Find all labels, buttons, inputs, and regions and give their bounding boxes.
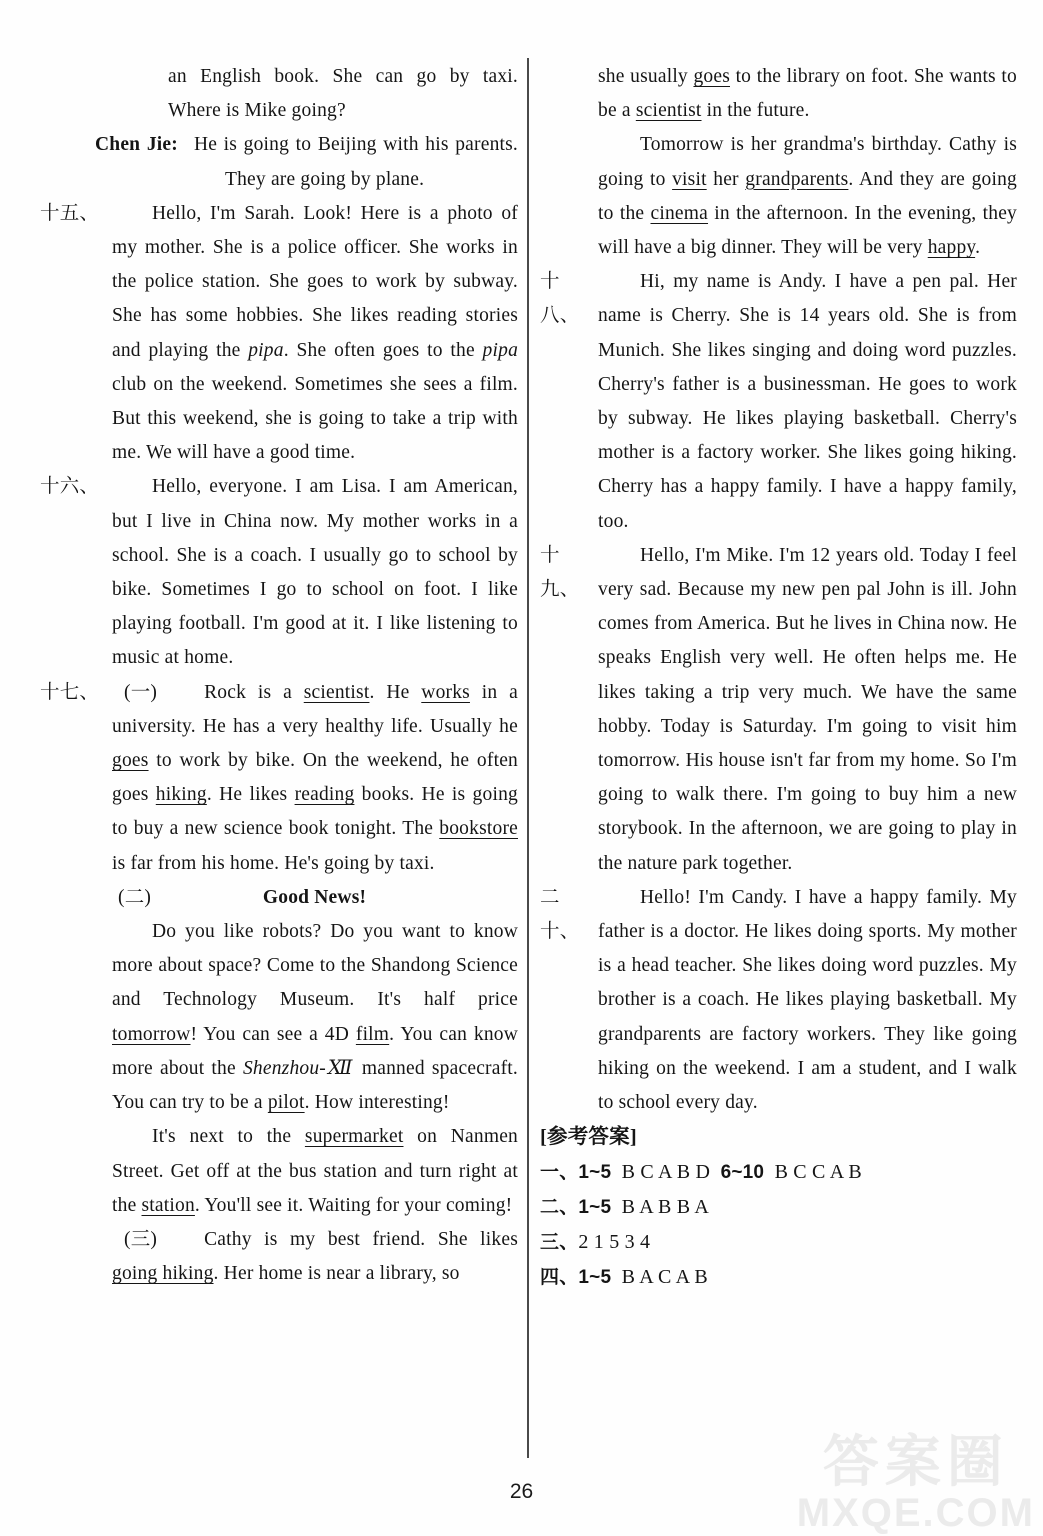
bold-text: 1~5 — [578, 1162, 611, 1183]
speaker-name: Chen Jie: — [95, 134, 178, 155]
paragraph: Tomorrow is her grandma's birthday. Cath… — [598, 128, 1017, 265]
passage-title: Good News! — [151, 881, 478, 915]
answer-line: 二、1~5 B A B B A — [540, 1190, 1017, 1225]
bold-text: 6~10 — [721, 1162, 765, 1183]
section-block: 二十、Hello! I'm Candy. I have a happy fami… — [540, 881, 1017, 1120]
text-run: . — [975, 237, 980, 258]
bold-text: 三、 — [540, 1232, 578, 1253]
bold-text: 1~5 — [578, 1197, 611, 1218]
text-run: B C C A B — [764, 1161, 862, 1183]
bold-text: 二、 — [540, 1197, 578, 1218]
text-run: It's next to the — [152, 1126, 305, 1147]
answer-line: 四、1~5 B A C A B — [540, 1260, 1017, 1295]
section-body: Hello, I'm Mike. I'm 12 years old. Today… — [598, 539, 1017, 881]
subtitle-block: (二)Good News! — [40, 881, 518, 915]
underlined-text: works — [421, 682, 470, 703]
text-run: . He — [369, 682, 421, 703]
text-run: . You'll see it. Waiting for your coming… — [195, 1195, 512, 1216]
section-body: (三)Cathy is my best friend. She likes go… — [112, 1223, 518, 1291]
paragraph: Do you like robots? Do you want to know … — [112, 915, 518, 1120]
section-label: 十九、 — [540, 539, 598, 881]
section-label: 十五、 — [40, 197, 112, 471]
text-run: Hello! I'm Candy. I have a happy family.… — [598, 887, 1017, 1113]
text-run: Do you like robots? Do you want to know … — [112, 921, 518, 1010]
underlined-text: scientist — [304, 682, 370, 703]
text-run: Cathy is my best friend. She likes — [204, 1229, 518, 1250]
bold-text: 四、 — [540, 1267, 578, 1288]
watermark: 答案圈 MXQE.COM — [797, 1433, 1035, 1534]
text-run: is far from his home. He's going by taxi… — [112, 853, 435, 874]
text-run: He is going to Beijing with his parents.… — [194, 134, 518, 189]
section-body: Hi, my name is Andy. I have a pen pal. H… — [598, 265, 1017, 539]
section-body: (一)Rock is a scientist. He works in a un… — [112, 676, 518, 881]
scanned-workbook-page: an English book. She can go by taxi. Whe… — [0, 0, 1043, 1536]
underlined-text: grandparents — [745, 169, 848, 190]
text-run: her — [707, 169, 746, 190]
section-body: Hello! I'm Candy. I have a happy family.… — [598, 881, 1017, 1120]
column-divider — [527, 58, 529, 1458]
answer-line: 一、1~5 B C A B D 6~10 B C C A B — [540, 1155, 1017, 1190]
underlined-text: film — [356, 1024, 389, 1045]
text-run: ! You can see a 4D — [191, 1024, 356, 1045]
underlined-text: goes — [112, 750, 149, 771]
section-block: 十七、(一)Rock is a scientist. He works in a… — [40, 676, 518, 881]
underlined-text: cinema — [651, 203, 709, 224]
section-block: (三)Cathy is my best friend. She likes go… — [40, 1223, 518, 1291]
watermark-logo-text: 答案圈 — [797, 1433, 1035, 1492]
section-label — [40, 1223, 112, 1291]
italic-text: pipa — [248, 340, 283, 361]
text-run: club on the weekend. Sometimes she sees … — [112, 374, 518, 463]
paragraph: It's next to the supermarket on Nanmen S… — [112, 1120, 518, 1223]
italic-text: Shenzhou-Ⅻ — [243, 1058, 355, 1079]
text-run: an English book. She can go by taxi. Whe… — [168, 66, 518, 121]
answers-header: [参考答案] — [540, 1120, 1017, 1154]
text-run: in the future. — [702, 100, 810, 121]
section-label: 十六、 — [40, 470, 112, 675]
text-run: B A C A B — [611, 1266, 708, 1288]
continuation-paragraph: she usually goes to the library on foot.… — [598, 60, 1017, 128]
dialogue-line: Chen Jie:He is going to Beijing with his… — [95, 128, 518, 196]
bold-text: 一、 — [540, 1162, 578, 1183]
text-run: Rock is a — [204, 682, 304, 703]
section-label: 十七、 — [40, 676, 112, 881]
watermark-site-url: MXQE.COM — [797, 1492, 1035, 1534]
underlined-text: reading — [295, 784, 355, 805]
section-label: 二十、 — [540, 881, 598, 1120]
underlined-text: tomorrow — [112, 1024, 191, 1045]
text-run: . She often goes to the — [284, 340, 483, 361]
left-column: an English book. She can go by taxi. Whe… — [40, 60, 518, 1291]
underlined-text: supermarket — [305, 1126, 404, 1147]
answer-line: 三、2 1 5 3 4 — [540, 1225, 1017, 1260]
right-column: she usually goes to the library on foot.… — [540, 60, 1017, 1295]
underlined-text: happy — [928, 237, 975, 258]
section-block: 十五、Hello, I'm Sarah. Look! Here is a pho… — [40, 197, 518, 471]
text-run: she usually — [598, 66, 693, 87]
text-run: B C A B D — [611, 1161, 720, 1183]
underlined-text: goes — [693, 66, 730, 87]
underlined-text: going hiking — [112, 1263, 214, 1284]
underlined-text: visit — [672, 169, 707, 190]
underlined-text: station — [142, 1195, 195, 1216]
text-run: . He likes — [207, 784, 295, 805]
text-run: . How interesting! — [305, 1092, 450, 1113]
text-run: Hi, my name is Andy. I have a pen pal. H… — [598, 271, 1017, 531]
underlined-text: pilot — [268, 1092, 305, 1113]
section-block: 十六、Hello, everyone. I am Lisa. I am Amer… — [40, 470, 518, 675]
subsection-label: (三) — [118, 1223, 157, 1257]
bold-text: 1~5 — [578, 1267, 611, 1288]
subsection-label: (二) — [118, 881, 151, 915]
section-body: Hello, I'm Sarah. Look! Here is a photo … — [112, 197, 518, 471]
subsection-label: (一) — [118, 676, 157, 710]
text-run: B A B B A — [611, 1196, 709, 1218]
section-block: 十九、Hello, I'm Mike. I'm 12 years old. To… — [540, 539, 1017, 881]
section-body: Hello, everyone. I am Lisa. I am America… — [112, 470, 518, 675]
text-run: Hello, everyone. I am Lisa. I am America… — [112, 476, 518, 668]
text-run: Hello, I'm Mike. I'm 12 years old. Today… — [598, 545, 1017, 874]
section-label: 十八、 — [540, 265, 598, 539]
subtitle-row: (二)Good News! — [112, 881, 518, 915]
section-block: 十八、Hi, my name is Andy. I have a pen pal… — [540, 265, 1017, 539]
section-label — [40, 881, 112, 915]
underlined-text: hiking — [156, 784, 207, 805]
italic-text: pipa — [483, 340, 518, 361]
text-run: Hello, I'm Sarah. Look! Here is a photo … — [112, 203, 518, 361]
text-run: . Her home is near a library, so — [214, 1263, 460, 1284]
underlined-text: bookstore — [439, 818, 518, 839]
text-run: 2 1 5 3 4 — [578, 1231, 650, 1253]
underlined-text: scientist — [636, 100, 702, 121]
continuation-paragraph: an English book. She can go by taxi. Whe… — [168, 60, 518, 128]
